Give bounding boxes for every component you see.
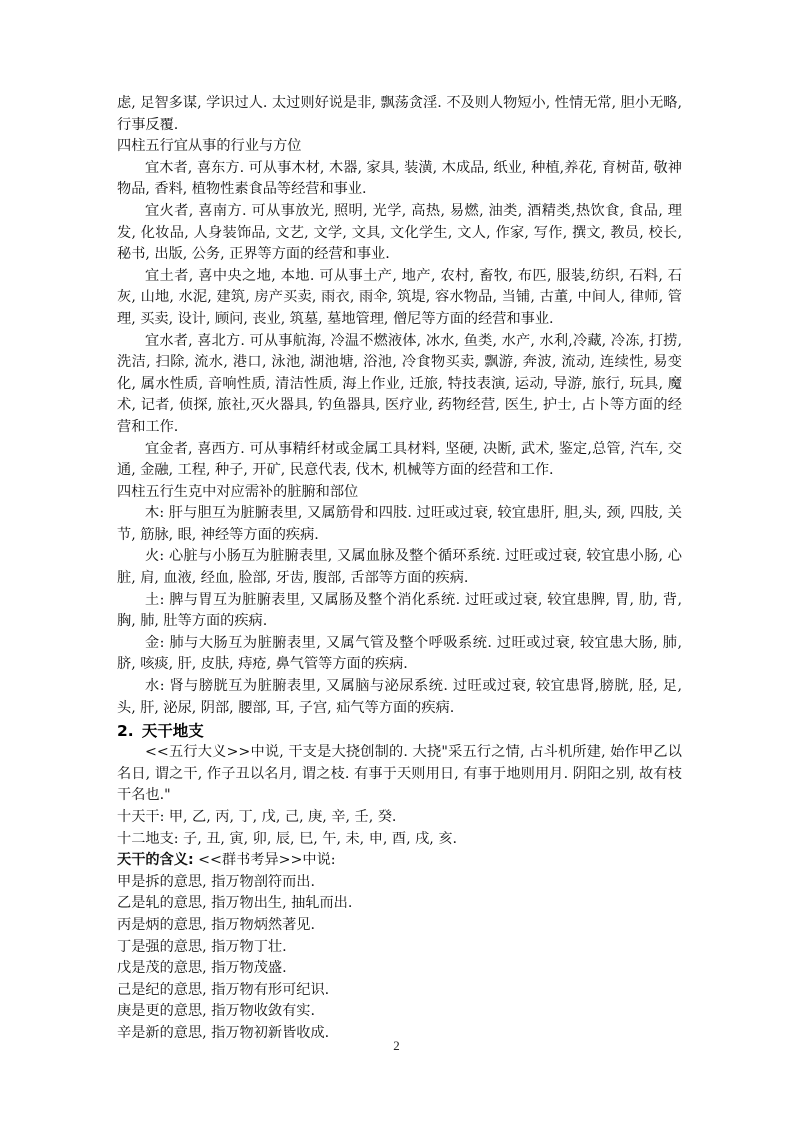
continuation-paragraph: 虑, 足智多谋, 学识过人. 太过则好说是非, 飘荡贪淫. 不及则人物短小, 性…	[117, 93, 682, 136]
section-heading-tiangan-dizhi: 2.天干地支	[117, 720, 682, 742]
document-page: 虑, 足智多谋, 学识过人. 太过则好说是非, 飘荡贪淫. 不及则人物短小, 性…	[117, 93, 682, 1045]
meaning-line-ji: 己是纪的意思, 指万物有形可纪识.	[117, 980, 682, 1002]
meaning-line-bing: 丙是炳的意思, 指万物炳然著见.	[117, 915, 682, 937]
page-number: 2	[0, 1038, 793, 1054]
meaning-line-yi: 乙是轧的意思, 指万物出生, 抽轧而出.	[117, 893, 682, 915]
section-title-organs: 四柱五行生克中对应需补的脏腑和部位	[117, 482, 682, 504]
earthly-branches-line: 十二地支: 子, 丑, 寅, 卯, 辰, 巳, 午, 未, 申, 酉, 戌, 亥…	[117, 829, 682, 851]
meaning-line-ding: 丁是强的意思, 指万物丁壮.	[117, 937, 682, 959]
meaning-source: <<群书考异>>中说:	[194, 852, 336, 868]
paragraph-water-organs: 水: 肾与膀胱互为脏腑表里, 又属脑与泌尿系统. 过旺或过衰, 较宜患肾,膀胱,…	[117, 676, 682, 719]
paragraph-wood-industry: 宜木者, 喜东方. 可从事木材, 木器, 家具, 装潢, 木成品, 纸业, 种植…	[117, 158, 682, 201]
paragraph-water-industry: 宜水者, 喜北方. 可从事航海, 冷温不燃液体, 冰水, 鱼类, 水产, 水利,…	[117, 331, 682, 439]
meaning-line-jia: 甲是拆的意思, 指万物剖符而出.	[117, 872, 682, 894]
paragraph-earth-organs: 土: 脾与胃互为脏腑表里, 又属肠及整个消化系统. 过旺或过衰, 较宜患脾, 胃…	[117, 590, 682, 633]
paragraph-wood-organs: 木: 肝与胆互为脏腑表里, 又属筋骨和四肢. 过旺或过衰, 较宜患肝, 胆,头,…	[117, 503, 682, 546]
meaning-label: 天干的含义:	[117, 852, 194, 868]
meaning-line-geng: 庚是更的意思, 指万物收敛有实.	[117, 1001, 682, 1023]
intro-paragraph: <<五行大义>>中说, 干支是大挠创制的. 大挠"采五行之情, 占斗机所建, 始…	[117, 742, 682, 807]
paragraph-earth-industry: 宜土者, 喜中央之地, 本地. 可从事土产, 地产, 农村, 畜牧, 布匹, 服…	[117, 266, 682, 331]
meaning-line-wu: 戊是茂的意思, 指万物茂盛.	[117, 958, 682, 980]
meaning-intro-line: 天干的含义: <<群书考异>>中说:	[117, 850, 682, 872]
paragraph-fire-organs: 火: 心脏与小肠互为脏腑表里, 又属血脉及整个循环系统. 过旺或过衰, 较宜患小…	[117, 546, 682, 589]
paragraph-metal-organs: 金: 肺与大肠互为脏腑表里, 又属气管及整个呼吸系统. 过旺或过衰, 较宜患大肠…	[117, 633, 682, 676]
section-heading-text: 天干地支	[142, 722, 204, 740]
heavenly-stems-line: 十天干: 甲, 乙, 丙, 丁, 戊, 己, 庚, 辛, 壬, 癸.	[117, 807, 682, 829]
paragraph-fire-industry: 宜火者, 喜南方. 可从事放光, 照明, 光学, 高热, 易燃, 油类, 酒精类…	[117, 201, 682, 266]
section-number: 2.	[117, 722, 134, 740]
paragraph-metal-industry: 宜金者, 喜西方. 可从事精纤材或金属工具材料, 坚硬, 决断, 武术, 鉴定,…	[117, 439, 682, 482]
section-title-industry: 四柱五行宜从事的行业与方位	[117, 136, 682, 158]
